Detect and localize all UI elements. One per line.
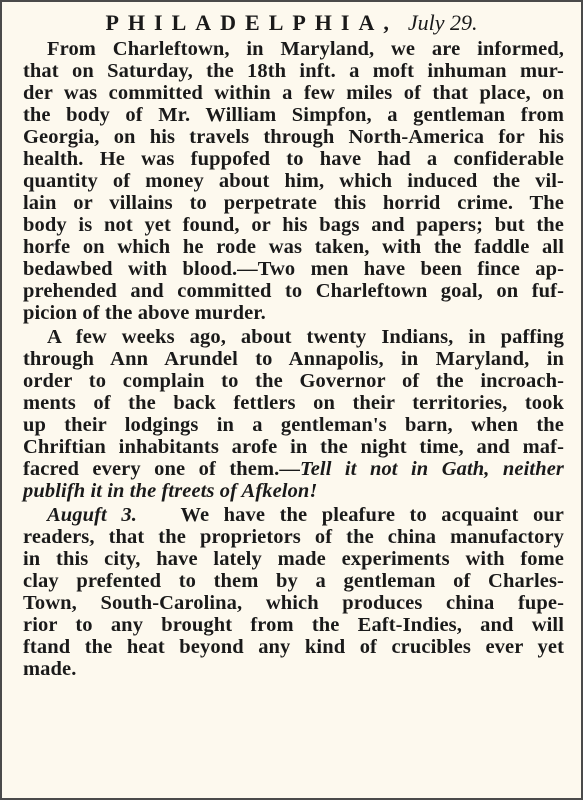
paragraph-1-line: der was committed within a few miles of … <box>23 82 564 104</box>
paragraph-3-line: readers, that the proprietors of the chi… <box>23 526 564 548</box>
paragraph-3-line: rior to any brought from the Eaft-Indies… <box>23 614 564 636</box>
paragraph-1-line: body is not yet found, or his bags and p… <box>23 214 564 236</box>
paragraph-1-line: picion of the above murder. <box>23 302 564 324</box>
paragraph-1-line: bedawbed with blood.—Two men have been f… <box>23 258 564 280</box>
paragraph-2-mixed-line: facred every one of them.—Tell it not in… <box>23 458 564 480</box>
paragraph-3-line: made. <box>23 658 564 680</box>
paragraph-1-line: the body of Mr. William Simpfon, a gentl… <box>23 104 564 126</box>
paragraph-3-first-line: Auguft 3. We have the pleafure to acquai… <box>47 504 564 526</box>
paragraph-3-line: ftand the heat beyond any kind of crucib… <box>23 636 564 658</box>
paragraph-1-line: horfe on which he rode was taken, with t… <box>23 236 564 258</box>
paragraph-2-line: through Ann Arundel to Annapolis, in Mar… <box>23 348 564 370</box>
paragraph-1-line: that on Saturday, the 18th inft. a moft … <box>23 60 564 82</box>
paragraph-2-line: A few weeks ago, about twenty Indians, i… <box>47 326 564 348</box>
roman-text: facred every one of them.— <box>23 458 300 480</box>
dateline-city: PHILADELPHIA, <box>105 10 397 35</box>
august-dateline: Auguft 3. <box>47 504 137 526</box>
paragraph-2-line: Chriftian inhabitants arofe in the night… <box>23 436 564 458</box>
paragraph-2-line: ments of the back fettlers on their terr… <box>23 392 564 414</box>
paragraph-3-line: Town, South-Carolina, which produces chi… <box>23 592 564 614</box>
paragraph-2-line: up their lodgings in a gentleman's barn,… <box>23 414 564 436</box>
dateline: PHILADELPHIA,July 29. <box>2 10 581 36</box>
paragraph-1-line: lain or villains to perpetrate this horr… <box>23 192 564 214</box>
paragraph-1-line: quantity of money about him, which induc… <box>23 170 564 192</box>
italic-quote: Tell it not in Gath, neither <box>300 458 564 480</box>
paragraph-1-line: Georgia, on his travels through North-Am… <box>23 126 564 148</box>
paragraph-1-line: prehended and committed to Charleftown g… <box>23 280 564 302</box>
paragraph-3-line: in this city, have lately made experimen… <box>23 548 564 570</box>
paragraph-3-line: clay prefented to them by a gentleman of… <box>23 570 564 592</box>
paragraph-2-line: order to complain to the Governor of the… <box>23 370 564 392</box>
paragraph-1-line: From Charleftown, in Maryland, we are in… <box>47 38 564 60</box>
first-line-text: We have the pleafure to acquaint our <box>180 504 564 526</box>
newspaper-clipping: PHILADELPHIA,July 29. From Charleftown, … <box>0 0 583 800</box>
paragraph-2-italic-line: publifh it in the ftreets of Afkelon! <box>23 480 564 502</box>
paragraph-1-line: health. He was fuppofed to have had a co… <box>23 148 564 170</box>
dateline-date: July 29. <box>408 10 478 35</box>
